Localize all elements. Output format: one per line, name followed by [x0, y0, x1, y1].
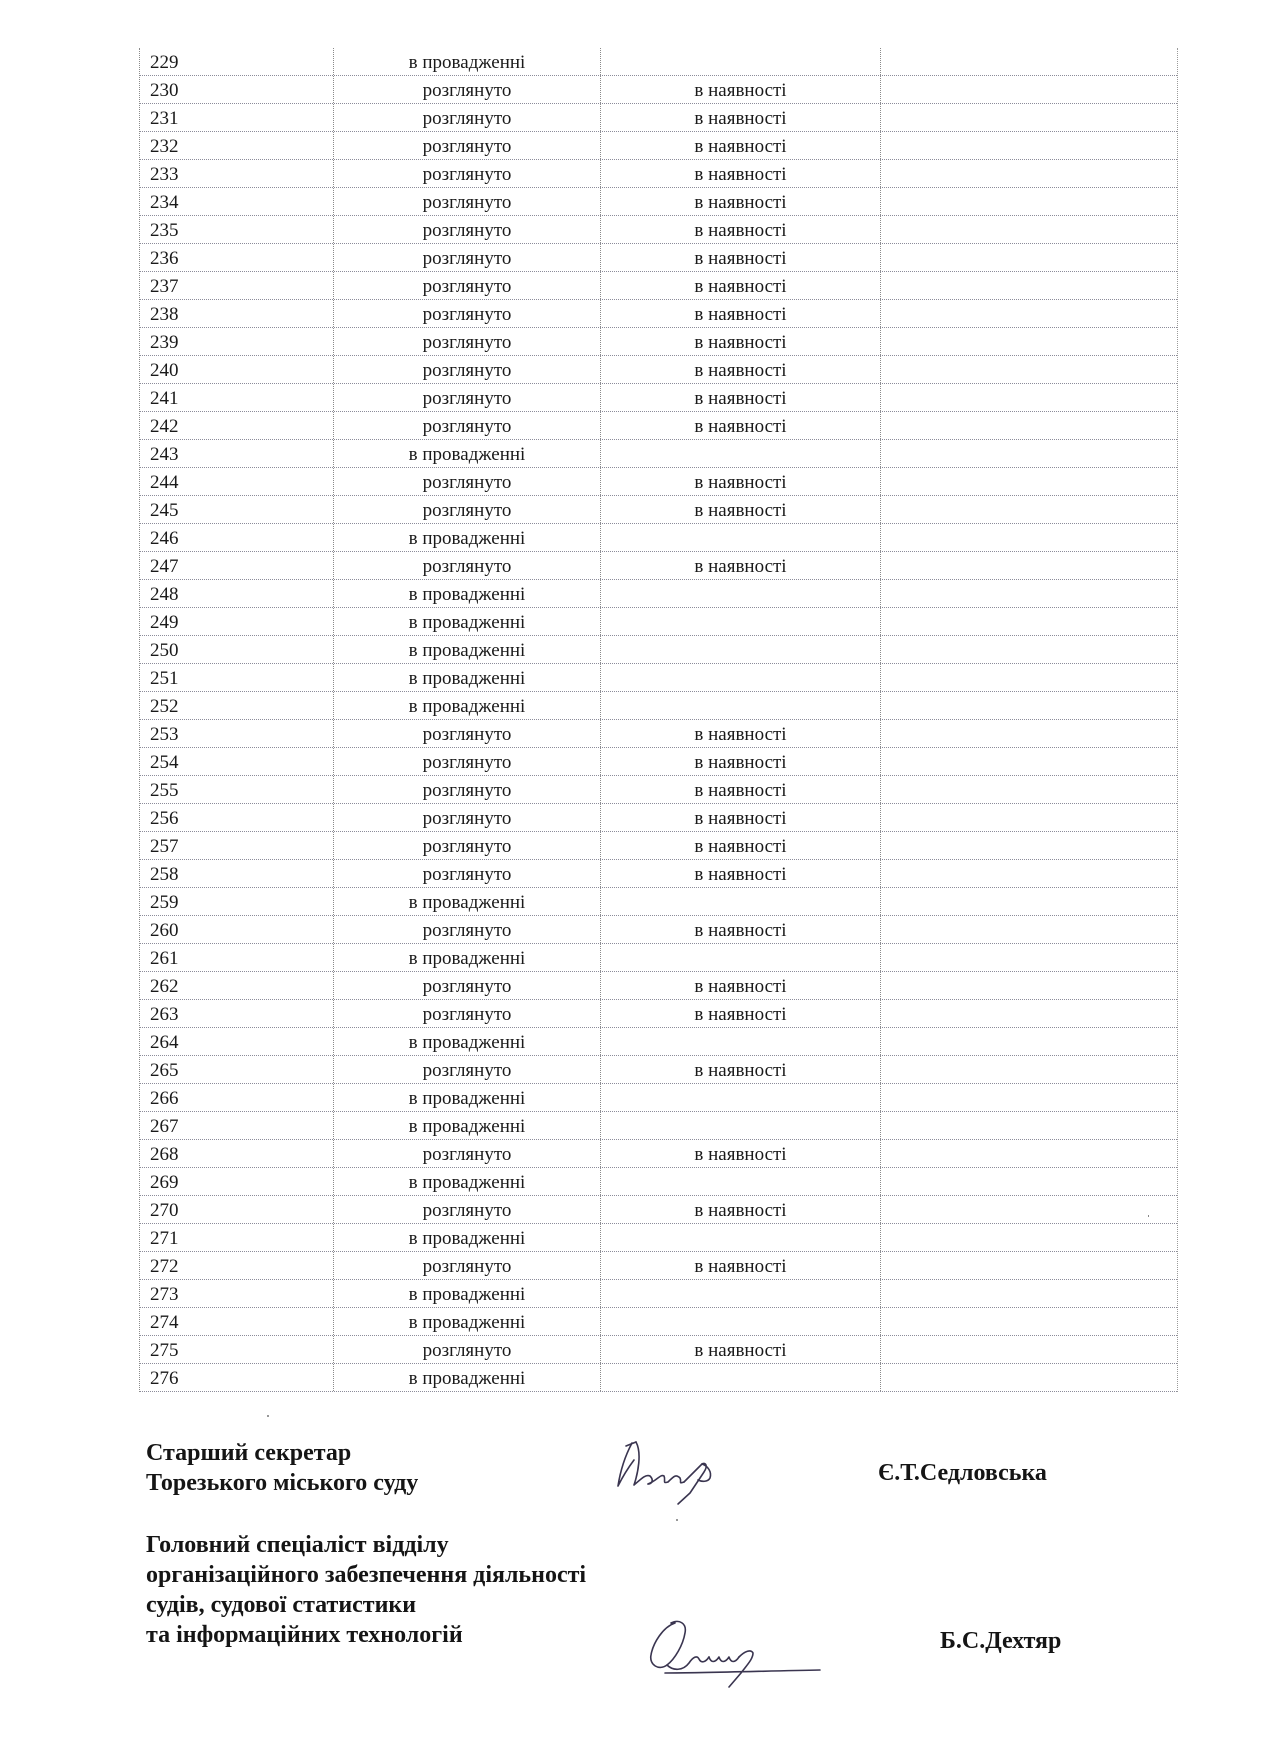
table-row: 249в провадженні — [140, 608, 1177, 636]
table-row: 237розглянутов наявності — [140, 272, 1177, 300]
table-row: 274в провадженні — [140, 1308, 1177, 1336]
case-number: 276 — [140, 1364, 334, 1391]
case-number: 251 — [140, 664, 334, 691]
case-status: розглянуто — [334, 384, 601, 411]
case-note — [881, 720, 1177, 747]
case-status: розглянуто — [334, 1196, 601, 1223]
case-availability: в наявності — [601, 76, 881, 103]
table-row: 261в провадженні — [140, 944, 1177, 972]
scan-speck — [267, 1415, 269, 1417]
table-row: 276в провадженні — [140, 1364, 1177, 1392]
case-availability — [601, 692, 881, 719]
case-status: розглянуто — [334, 916, 601, 943]
case-note — [881, 608, 1177, 635]
case-status: розглянуто — [334, 1140, 601, 1167]
case-status: розглянуто — [334, 76, 601, 103]
case-note — [881, 944, 1177, 971]
case-availability: в наявності — [601, 468, 881, 495]
table-row: 236розглянутов наявності — [140, 244, 1177, 272]
case-number: 253 — [140, 720, 334, 747]
case-availability: в наявності — [601, 356, 881, 383]
case-number: 246 — [140, 524, 334, 551]
table-row: 248в провадженні — [140, 580, 1177, 608]
case-status: розглянуто — [334, 272, 601, 299]
case-status: розглянуто — [334, 412, 601, 439]
case-number: 255 — [140, 776, 334, 803]
case-note — [881, 748, 1177, 775]
case-note — [881, 1168, 1177, 1195]
case-availability: в наявності — [601, 300, 881, 327]
case-status: розглянуто — [334, 1056, 601, 1083]
case-note — [881, 216, 1177, 243]
case-status: розглянуто — [334, 972, 601, 999]
case-availability: в наявності — [601, 748, 881, 775]
table-row: 264в провадженні — [140, 1028, 1177, 1056]
table-row: 247розглянутов наявності — [140, 552, 1177, 580]
case-status: в провадженні — [334, 1168, 601, 1195]
case-note — [881, 272, 1177, 299]
table-row: 275розглянутов наявності — [140, 1336, 1177, 1364]
case-status: в провадженні — [334, 524, 601, 551]
specialist-title: Головний спеціаліст відділу організаційн… — [146, 1530, 586, 1650]
secretary-name: Є.Т.Седловська — [878, 1460, 1047, 1487]
table-row: 235розглянутов наявності — [140, 216, 1177, 244]
case-availability: в наявності — [601, 104, 881, 131]
table-row: 246в провадженні — [140, 524, 1177, 552]
case-availability: в наявності — [601, 1196, 881, 1223]
table-row: 253розглянутов наявності — [140, 720, 1177, 748]
case-availability — [601, 1364, 881, 1391]
case-status: в провадженні — [334, 1364, 601, 1391]
case-note — [881, 384, 1177, 411]
table-row: 245розглянутов наявності — [140, 496, 1177, 524]
case-status-table: 229в провадженні230розглянутов наявності… — [139, 48, 1178, 1392]
case-note — [881, 132, 1177, 159]
case-note — [881, 1280, 1177, 1307]
case-availability: в наявності — [601, 216, 881, 243]
case-number: 241 — [140, 384, 334, 411]
table-row: 238розглянутов наявності — [140, 300, 1177, 328]
table-row: 230розглянутов наявності — [140, 76, 1177, 104]
case-status: розглянуто — [334, 776, 601, 803]
case-number: 230 — [140, 76, 334, 103]
case-availability: в наявності — [601, 1056, 881, 1083]
specialist-title-line-3: судів, судової статистики — [146, 1590, 586, 1620]
case-number: 256 — [140, 804, 334, 831]
case-note — [881, 244, 1177, 271]
case-availability — [601, 1224, 881, 1251]
specialist-title-line-4: та інформаційних технологій — [146, 1620, 586, 1650]
case-availability: в наявності — [601, 412, 881, 439]
case-status: в провадженні — [334, 1084, 601, 1111]
case-status: в провадженні — [334, 48, 601, 75]
case-number: 261 — [140, 944, 334, 971]
case-number: 250 — [140, 636, 334, 663]
case-note — [881, 552, 1177, 579]
table-row: 255розглянутов наявності — [140, 776, 1177, 804]
case-status: розглянуто — [334, 552, 601, 579]
case-number: 267 — [140, 1112, 334, 1139]
case-status: розглянуто — [334, 216, 601, 243]
case-number: 258 — [140, 860, 334, 887]
case-status: в провадженні — [334, 580, 601, 607]
specialist-title-line-2: організаційного забезпечення діяльності — [146, 1560, 586, 1590]
case-note — [881, 1252, 1177, 1279]
specialist-title-line-1: Головний спеціаліст відділу — [146, 1530, 586, 1560]
case-number: 263 — [140, 1000, 334, 1027]
case-number: 229 — [140, 48, 334, 75]
table-row: 240розглянутов наявності — [140, 356, 1177, 384]
case-status: розглянуто — [334, 748, 601, 775]
case-availability — [601, 48, 881, 75]
case-availability — [601, 608, 881, 635]
case-number: 231 — [140, 104, 334, 131]
table-row: 273в провадженні — [140, 1280, 1177, 1308]
table-row: 254розглянутов наявності — [140, 748, 1177, 776]
case-note — [881, 860, 1177, 887]
case-note — [881, 160, 1177, 187]
table-row: 263розглянутов наявності — [140, 1000, 1177, 1028]
table-row: 243в провадженні — [140, 440, 1177, 468]
case-note — [881, 1224, 1177, 1251]
case-availability: в наявності — [601, 244, 881, 271]
case-note — [881, 496, 1177, 523]
table-row: 251в провадженні — [140, 664, 1177, 692]
case-note — [881, 972, 1177, 999]
case-availability: в наявності — [601, 384, 881, 411]
case-status: розглянуто — [334, 1000, 601, 1027]
case-status: розглянуто — [334, 496, 601, 523]
case-status: в провадженні — [334, 440, 601, 467]
case-status: розглянуто — [334, 860, 601, 887]
case-availability — [601, 440, 881, 467]
case-number: 257 — [140, 832, 334, 859]
case-note — [881, 524, 1177, 551]
case-number: 233 — [140, 160, 334, 187]
case-note — [881, 1140, 1177, 1167]
case-availability: в наявності — [601, 916, 881, 943]
case-number: 237 — [140, 272, 334, 299]
table-row: 259в провадженні — [140, 888, 1177, 916]
case-note — [881, 888, 1177, 915]
case-availability: в наявності — [601, 160, 881, 187]
case-status: в провадженні — [334, 888, 601, 915]
case-availability: в наявності — [601, 496, 881, 523]
case-status: в провадженні — [334, 1224, 601, 1251]
case-status: в провадженні — [334, 1028, 601, 1055]
case-note — [881, 1336, 1177, 1363]
case-number: 232 — [140, 132, 334, 159]
case-status: розглянуто — [334, 468, 601, 495]
case-status: розглянуто — [334, 160, 601, 187]
case-availability — [601, 1084, 881, 1111]
table-row: 257розглянутов наявності — [140, 832, 1177, 860]
case-note — [881, 1112, 1177, 1139]
secretary-signature-icon — [612, 1438, 737, 1508]
case-status: розглянуто — [334, 188, 601, 215]
case-number: 249 — [140, 608, 334, 635]
case-availability: в наявності — [601, 776, 881, 803]
case-note — [881, 300, 1177, 327]
case-note — [881, 412, 1177, 439]
case-number: 236 — [140, 244, 334, 271]
case-number: 268 — [140, 1140, 334, 1167]
case-availability: в наявності — [601, 1336, 881, 1363]
table-row: 252в провадженні — [140, 692, 1177, 720]
secretary-title: Старший секретар Торезького міського суд… — [146, 1438, 418, 1498]
case-number: 240 — [140, 356, 334, 383]
case-availability — [601, 580, 881, 607]
case-availability — [601, 1308, 881, 1335]
case-status: розглянуто — [334, 1336, 601, 1363]
case-number: 271 — [140, 1224, 334, 1251]
case-note — [881, 48, 1177, 75]
case-note — [881, 440, 1177, 467]
case-note — [881, 104, 1177, 131]
case-availability: в наявності — [601, 832, 881, 859]
case-note — [881, 468, 1177, 495]
case-number: 270 — [140, 1196, 334, 1223]
table-row: 260розглянутов наявності — [140, 916, 1177, 944]
case-availability — [601, 888, 881, 915]
case-availability: в наявності — [601, 552, 881, 579]
table-row: 231розглянутов наявності — [140, 104, 1177, 132]
case-note — [881, 188, 1177, 215]
case-number: 242 — [140, 412, 334, 439]
case-number: 259 — [140, 888, 334, 915]
table-row: 258розглянутов наявності — [140, 860, 1177, 888]
case-note — [881, 328, 1177, 355]
case-note — [881, 1364, 1177, 1391]
case-status: в провадженні — [334, 608, 601, 635]
case-number: 235 — [140, 216, 334, 243]
case-availability — [601, 1028, 881, 1055]
case-availability — [601, 636, 881, 663]
case-availability: в наявності — [601, 804, 881, 831]
table-row: 244розглянутов наявності — [140, 468, 1177, 496]
case-number: 245 — [140, 496, 334, 523]
case-availability — [601, 524, 881, 551]
table-row: 241розглянутов наявності — [140, 384, 1177, 412]
table-row: 242розглянутов наявності — [140, 412, 1177, 440]
table-row: 266в провадженні — [140, 1084, 1177, 1112]
case-availability: в наявності — [601, 860, 881, 887]
scan-speck — [1148, 1215, 1149, 1217]
case-status: в провадженні — [334, 664, 601, 691]
case-note — [881, 1308, 1177, 1335]
case-note — [881, 776, 1177, 803]
case-status: в провадженні — [334, 944, 601, 971]
case-status: розглянуто — [334, 300, 601, 327]
specialist-signature-icon — [645, 1615, 825, 1690]
case-note — [881, 636, 1177, 663]
case-number: 273 — [140, 1280, 334, 1307]
table-row: 233розглянутов наявності — [140, 160, 1177, 188]
case-number: 252 — [140, 692, 334, 719]
case-availability: в наявності — [601, 972, 881, 999]
table-row: 265розглянутов наявності — [140, 1056, 1177, 1084]
case-availability: в наявності — [601, 272, 881, 299]
case-status: розглянуто — [334, 244, 601, 271]
case-note — [881, 580, 1177, 607]
specialist-name: Б.С.Дехтяр — [940, 1628, 1061, 1655]
table-row: 267в провадженні — [140, 1112, 1177, 1140]
table-row: 250в провадженні — [140, 636, 1177, 664]
case-note — [881, 1196, 1177, 1223]
case-number: 254 — [140, 748, 334, 775]
case-status: розглянуто — [334, 104, 601, 131]
case-number: 234 — [140, 188, 334, 215]
case-status: розглянуто — [334, 132, 601, 159]
case-status: розглянуто — [334, 328, 601, 355]
table-row: 271в провадженні — [140, 1224, 1177, 1252]
case-availability: в наявності — [601, 720, 881, 747]
case-availability: в наявності — [601, 328, 881, 355]
case-number: 243 — [140, 440, 334, 467]
case-availability: в наявності — [601, 1140, 881, 1167]
case-number: 274 — [140, 1308, 334, 1335]
table-row: 270розглянутов наявності — [140, 1196, 1177, 1224]
case-number: 266 — [140, 1084, 334, 1111]
table-row: 229в провадженні — [140, 48, 1177, 76]
case-note — [881, 1084, 1177, 1111]
table-row: 262розглянутов наявності — [140, 972, 1177, 1000]
table-row: 272розглянутов наявності — [140, 1252, 1177, 1280]
case-note — [881, 916, 1177, 943]
case-status: в провадженні — [334, 1280, 601, 1307]
case-availability: в наявності — [601, 1252, 881, 1279]
case-status: в провадженні — [334, 692, 601, 719]
table-row: 256розглянутов наявності — [140, 804, 1177, 832]
table-row: 268розглянутов наявності — [140, 1140, 1177, 1168]
case-number: 272 — [140, 1252, 334, 1279]
case-availability — [601, 664, 881, 691]
case-availability — [601, 944, 881, 971]
case-availability — [601, 1168, 881, 1195]
secretary-title-line-1: Старший секретар — [146, 1438, 418, 1468]
case-number: 248 — [140, 580, 334, 607]
table-row: 269в провадженні — [140, 1168, 1177, 1196]
case-number: 265 — [140, 1056, 334, 1083]
case-note — [881, 1056, 1177, 1083]
case-status: розглянуто — [334, 804, 601, 831]
table-row: 232розглянутов наявності — [140, 132, 1177, 160]
case-status: в провадженні — [334, 1112, 601, 1139]
case-status: розглянуто — [334, 832, 601, 859]
case-number: 247 — [140, 552, 334, 579]
case-number: 260 — [140, 916, 334, 943]
case-note — [881, 804, 1177, 831]
case-number: 275 — [140, 1336, 334, 1363]
table-row: 239розглянутов наявності — [140, 328, 1177, 356]
case-availability: в наявності — [601, 132, 881, 159]
table-row: 234розглянутов наявності — [140, 188, 1177, 216]
case-number: 238 — [140, 300, 334, 327]
case-availability: в наявності — [601, 1000, 881, 1027]
secretary-title-line-2: Торезького міського суду — [146, 1468, 418, 1498]
case-note — [881, 832, 1177, 859]
case-availability: в наявності — [601, 188, 881, 215]
case-note — [881, 692, 1177, 719]
case-availability — [601, 1112, 881, 1139]
case-status: в провадженні — [334, 636, 601, 663]
case-number: 264 — [140, 1028, 334, 1055]
case-number: 244 — [140, 468, 334, 495]
case-note — [881, 356, 1177, 383]
case-number: 239 — [140, 328, 334, 355]
scan-speck — [676, 1519, 678, 1521]
case-note — [881, 1028, 1177, 1055]
case-number: 269 — [140, 1168, 334, 1195]
case-status: розглянуто — [334, 720, 601, 747]
case-number: 262 — [140, 972, 334, 999]
case-status: в провадженні — [334, 1308, 601, 1335]
case-note — [881, 1000, 1177, 1027]
case-note — [881, 76, 1177, 103]
case-note — [881, 664, 1177, 691]
case-availability — [601, 1280, 881, 1307]
case-status: розглянуто — [334, 1252, 601, 1279]
case-status: розглянуто — [334, 356, 601, 383]
